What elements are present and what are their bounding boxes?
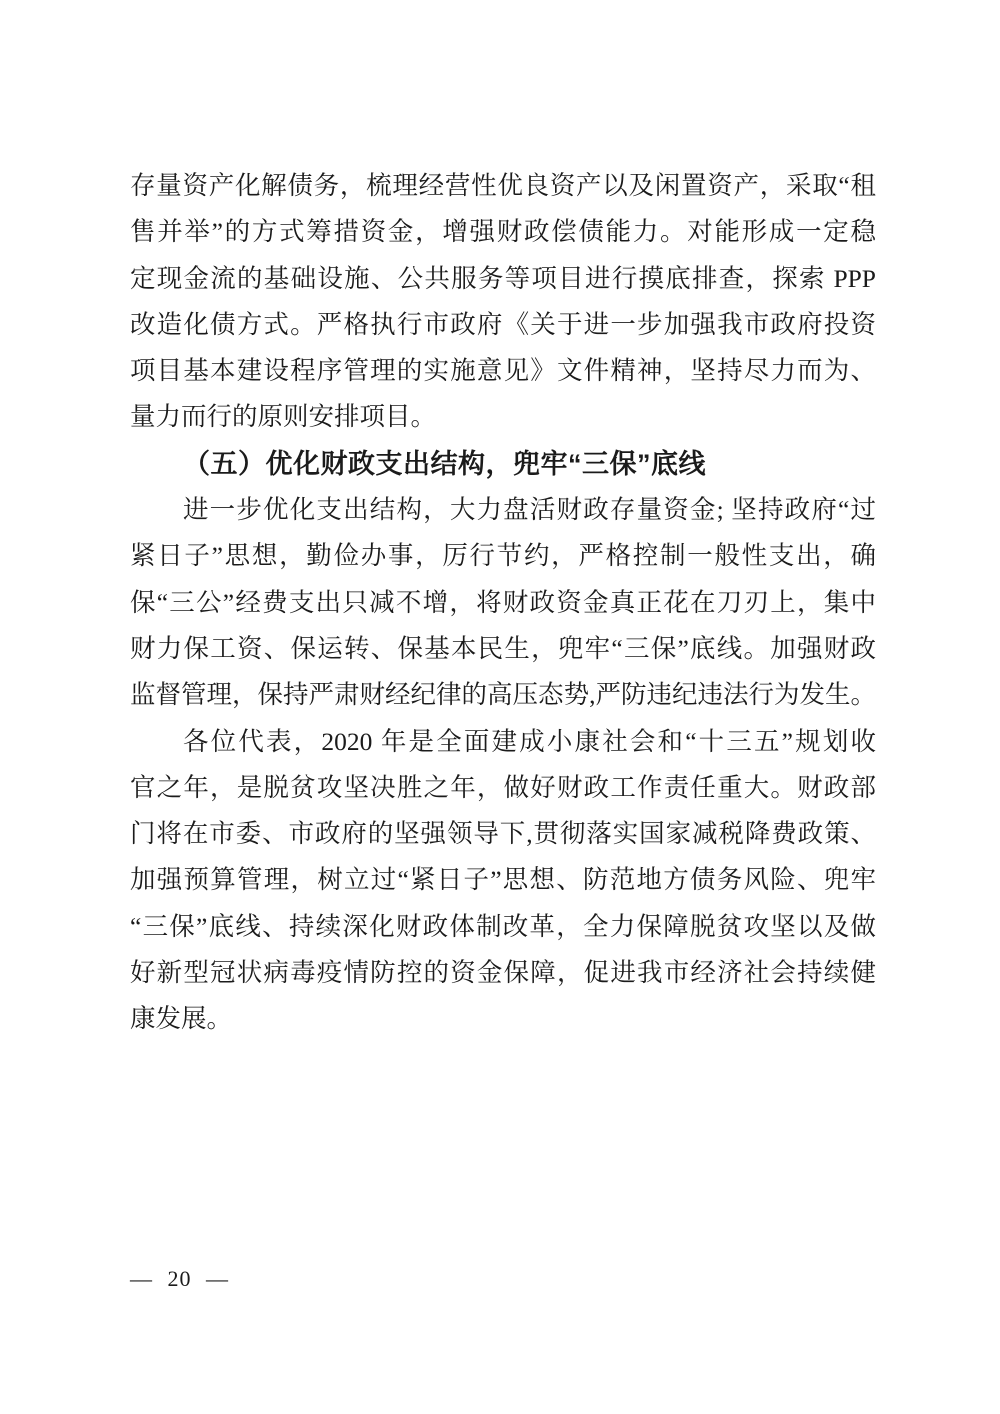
body-line: 保“三公”经费支出只减不增，将财政资金真正花在刀刃上，集中 <box>130 580 876 626</box>
body-line: 加强预算管理，树立过“紧日子”思想、防范地方债务风险、兜牢 <box>130 857 876 903</box>
body-line: 改造化债方式。严格执行市政府《关于进一步加强我市政府投资 <box>130 302 876 348</box>
body-line: 官之年，是脱贫攻坚决胜之年，做好财政工作责任重大。财政部 <box>130 765 876 811</box>
body-line: “三保”底线、持续深化财政体制改革，全力保障脱贫攻坚以及做 <box>130 904 876 950</box>
page-number: — 20 — <box>130 1264 229 1294</box>
document-body: 存量资产化解债务，梳理经营性优良资产以及闲置资产，采取“租 售并举”的方式筹措资… <box>130 163 876 1043</box>
body-line: 存量资产化解债务，梳理经营性优良资产以及闲置资产，采取“租 <box>130 163 876 209</box>
body-line: 紧日子”思想，勤俭办事，厉行节约，严格控制一般性支出，确 <box>130 533 876 579</box>
body-line: 售并举”的方式筹措资金，增强财政偿债能力。对能形成一定稳 <box>130 209 876 255</box>
body-line: 进一步优化支出结构，大力盘活财政存量资金; 坚持政府“过 <box>130 487 876 533</box>
body-line: 财力保工资、保运转、保基本民生，兜牢“三保”底线。加强财政 <box>130 626 876 672</box>
body-line: 项目基本建设程序管理的实施意见》文件精神，坚持尽力而为、 <box>130 348 876 394</box>
section-heading: （五）优化财政支出结构，兜牢“三保”底线 <box>130 441 876 487</box>
document-page: 存量资产化解债务，梳理经营性优良资产以及闲置资产，采取“租 售并举”的方式筹措资… <box>0 0 1000 1414</box>
body-line: 各位代表，2020 年是全面建成小康社会和“十三五”规划收 <box>130 719 876 765</box>
body-line: 监督管理，保持严肃财经纪律的高压态势,严防违纪违法行为发生。 <box>130 672 876 718</box>
body-line: 门将在市委、市政府的坚强领导下,贯彻落实国家减税降费政策、 <box>130 811 876 857</box>
body-line: 好新型冠状病毒疫情防控的资金保障，促进我市经济社会持续健 <box>130 950 876 996</box>
body-line: 量力而行的原则安排项目。 <box>130 394 876 440</box>
body-line: 定现金流的基础设施、公共服务等项目进行摸底排查，探索 PPP <box>130 256 876 302</box>
body-line: 康发展。 <box>130 996 876 1042</box>
